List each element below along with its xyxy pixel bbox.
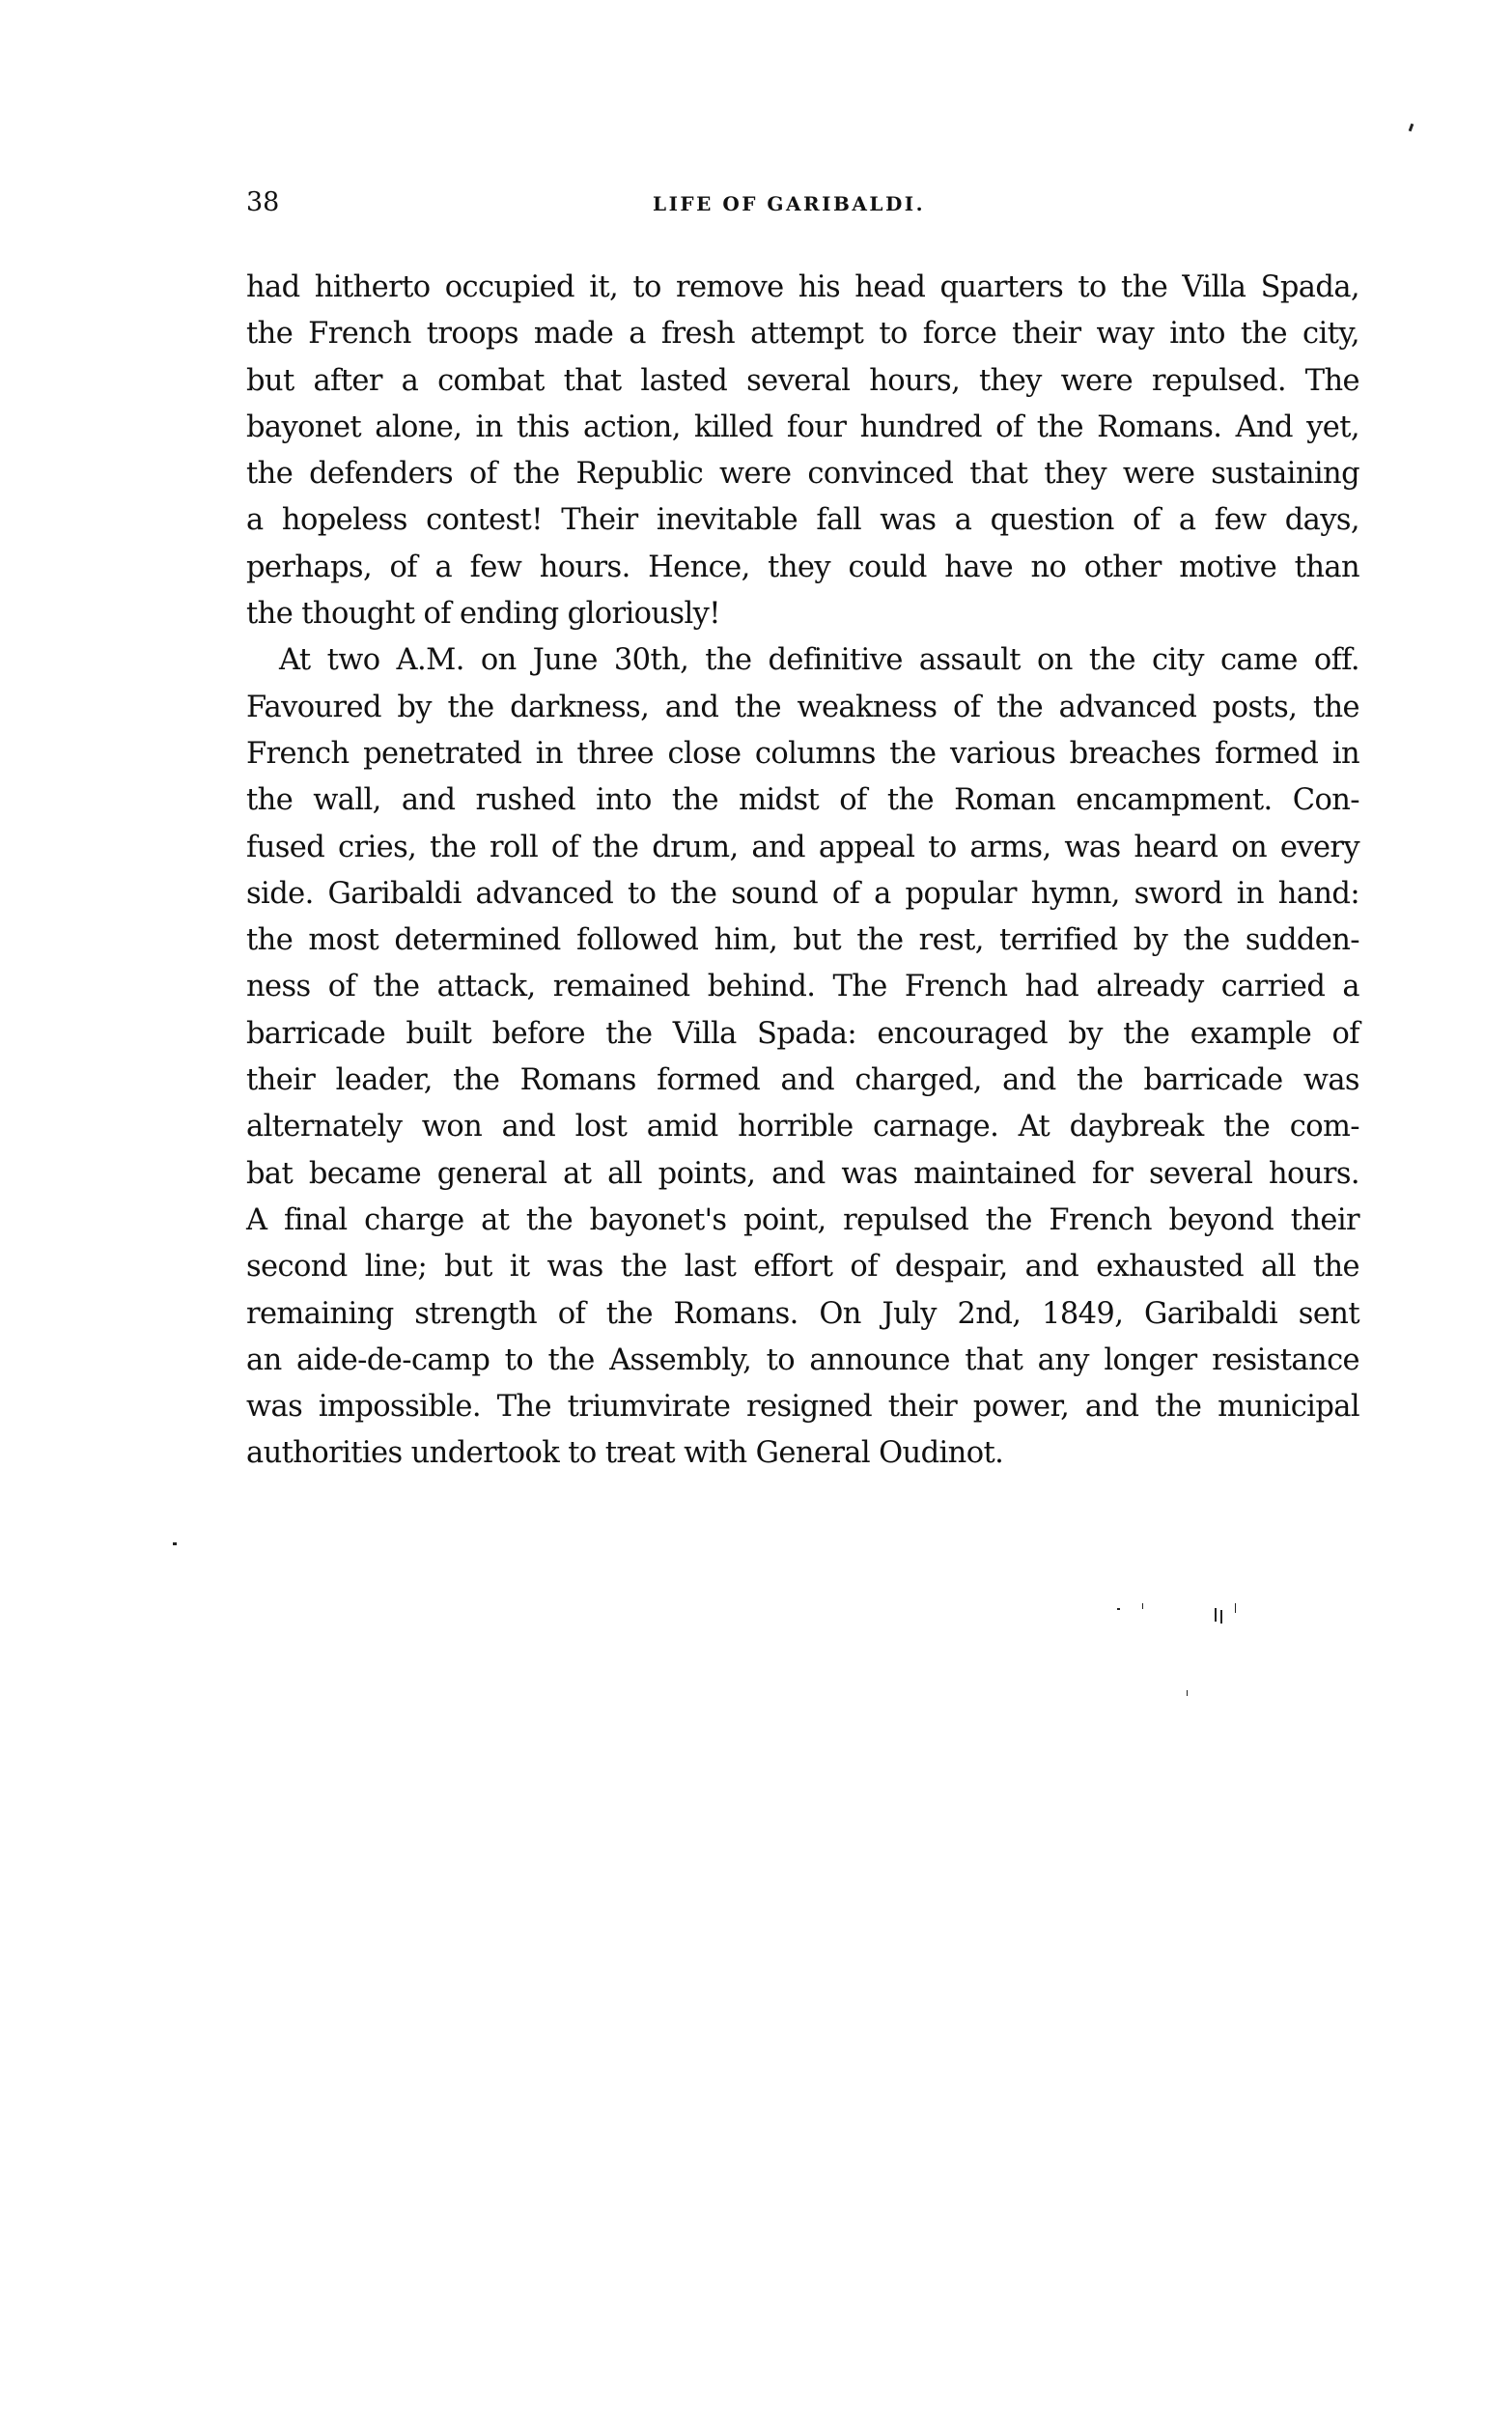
text-line: the thought of ending gloriously! [246, 591, 1359, 637]
text-line: side. Garibaldi advanced to the sound of… [246, 871, 1359, 918]
page-number: 38 [246, 187, 279, 217]
text-line: French penetrated in three close columns… [246, 731, 1359, 777]
scan-speck [1220, 1610, 1222, 1624]
text-line: the most determined followed him, but th… [246, 918, 1359, 964]
text-line: the defenders of the Republic were convi… [246, 451, 1359, 497]
text-line: the French troops made a fresh attempt t… [246, 311, 1359, 357]
text-line: fused cries, the roll of the drum, and a… [246, 825, 1359, 871]
text-line: second line; but it was the last effort … [246, 1244, 1359, 1290]
text-line: had hitherto occupied it, to remove his … [246, 265, 1359, 311]
text-line: alternately won and lost amid horrible c… [246, 1104, 1359, 1150]
scan-speck [173, 1542, 177, 1545]
scan-speck [1117, 1608, 1120, 1610]
paragraph-1: had hitherto occupied it, to remove his … [246, 265, 1359, 637]
running-title: LIFE OF GARIBALDI. [653, 192, 971, 215]
book-page: 38 LIFE OF GARIBALDI. had hitherto occup… [0, 0, 1512, 2429]
scan-speck [1235, 1603, 1236, 1613]
text-line: bayonet alone, in this action, killed fo… [246, 405, 1359, 451]
text-line: bat became general at all points, and wa… [246, 1151, 1359, 1198]
text-line: but after a combat that lasted several h… [246, 358, 1359, 405]
body-text: had hitherto occupied it, to remove his … [246, 265, 1359, 1478]
text-line: their leader, the Romans formed and char… [246, 1058, 1359, 1104]
text-line: perhaps, of a few hours. Hence, they cou… [246, 545, 1359, 591]
scan-speck [1215, 1608, 1217, 1622]
text-line: authorities undertook to treat with Gene… [246, 1430, 1359, 1477]
text-line: an aide-de-camp to the Assembly, to anno… [246, 1338, 1359, 1384]
scan-speck [1187, 1690, 1188, 1696]
text-line: the wall, and rushed into the midst of t… [246, 777, 1359, 824]
text-line: A final charge at the bayonet's point, r… [246, 1198, 1359, 1244]
text-line: At two A.M. on June 30th, the definitive… [246, 637, 1359, 684]
text-line: was impossible. The triumvirate resigned… [246, 1384, 1359, 1430]
text-line: a hopeless contest! Their inevitable fal… [246, 497, 1359, 544]
text-line: remaining strength of the Romans. On Jul… [246, 1291, 1359, 1338]
text-line: ness of the attack, remained behind. The… [246, 964, 1359, 1010]
text-line: Favoured by the darkness, and the weakne… [246, 685, 1359, 731]
text-line: barricade built before the Villa Spada: … [246, 1011, 1359, 1058]
paragraph-2: At two A.M. on June 30th, the definitive… [246, 637, 1359, 1477]
scan-speck [1142, 1603, 1143, 1609]
scan-speck [1409, 124, 1414, 132]
